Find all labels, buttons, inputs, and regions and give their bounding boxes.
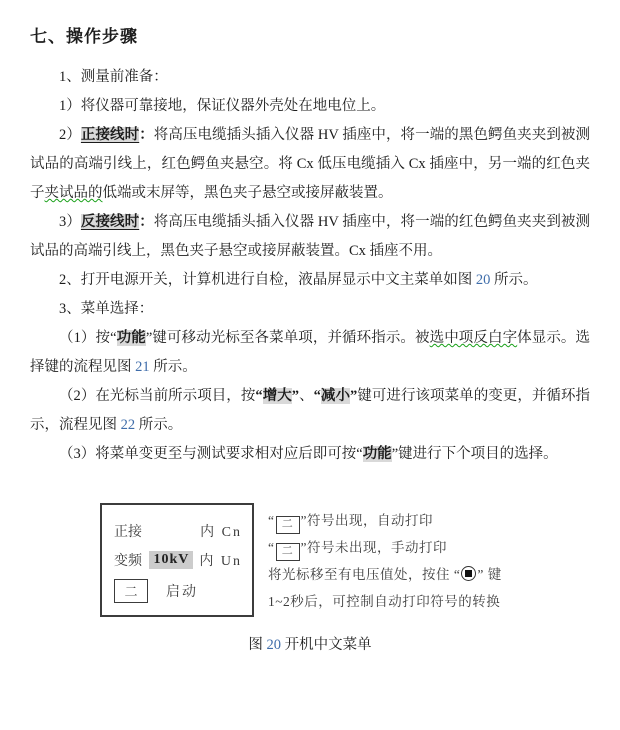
figure-caption: 图 20 开机中文菜单 bbox=[30, 633, 590, 654]
note-manual-print: “二”符号未出现，手动打印 bbox=[268, 534, 502, 561]
lcd-row-voltage: 变频 10kV 内 Un bbox=[114, 550, 242, 570]
lcd-row-start: 二 启动 bbox=[114, 579, 242, 603]
print-symbol-icon: 二 bbox=[276, 516, 300, 534]
print-symbol-icon: 二 bbox=[276, 543, 300, 561]
note-hold-key-text-after: ” 键 bbox=[477, 567, 501, 582]
figure-annotations: “二”符号出现，自动打印 “二”符号未出现，手动打印 将光标移至有电压值处，按住… bbox=[268, 503, 502, 615]
lcd-voltage-value: 10kV bbox=[149, 551, 193, 569]
note-hold-key-text-before: 将光标移至有电压值处，按住 “ bbox=[268, 567, 460, 582]
note-toggle-duration: 1~2秒后，可控制自动打印符号的转换 bbox=[268, 588, 502, 615]
paragraph-measure-prep: 1、测量前准备： bbox=[30, 63, 590, 92]
open-quote: “ bbox=[268, 540, 275, 555]
note-auto-print-text: 符号出现，自动打印 bbox=[307, 513, 433, 528]
note-manual-print-text: 符号未出现，手动打印 bbox=[307, 540, 447, 555]
document-page: 七、操作步骤 1、测量前准备： 1）将仪器可靠接地，保证仪器外壳处在地电位上。 … bbox=[0, 0, 620, 654]
lcd-cn-label: 内 Cn bbox=[200, 521, 242, 541]
note-auto-print: “二”符号出现，自动打印 bbox=[268, 507, 502, 534]
lcd-start-label: 启动 bbox=[166, 581, 198, 601]
lcd-freq-label: 变频 bbox=[114, 550, 149, 570]
caption-number: 20 bbox=[267, 637, 282, 653]
paragraph-menu-select: 3、菜单选择： bbox=[30, 295, 590, 324]
paragraph-power-on: 2、打开电源开关，计算机进行自检，液晶屏显示中文主菜单如图 20 所示。 bbox=[30, 266, 590, 295]
paragraph-grounding: 1）将仪器可靠接地，保证仪器外壳处在地电位上。 bbox=[30, 92, 590, 121]
caption-text: 开机中文菜单 bbox=[281, 637, 372, 653]
figure-main-menu: 正接 内 Cn 变频 10kV 内 Un 二 启动 “二”符号出现，自动打印 “… bbox=[100, 503, 590, 617]
paragraph-next-item: （3）将菜单变更至与测试要求相对应后即可按“功能”键进行下个项目的选择。 bbox=[30, 440, 590, 469]
open-quote: “ bbox=[268, 513, 275, 528]
lcd-mode-label: 正接 bbox=[114, 521, 158, 541]
record-key-icon bbox=[461, 566, 476, 581]
paragraph-forward-wiring: 2）正接线时：将高压电缆插头插入仪器 HV 插座中，将一端的黑色鳄鱼夹夹到被测试… bbox=[30, 121, 590, 208]
paragraph-function-key: （1）按“功能”键可移动光标至各菜单项，并循环指示。被选中项反白字体显示。选择键… bbox=[30, 324, 590, 382]
section-title: 七、操作步骤 bbox=[30, 22, 590, 47]
lcd-un-label: 内 Un bbox=[199, 550, 242, 570]
paragraph-reverse-wiring: 3）反接线时：将高压电缆插头插入仪器 HV 插座中，将一端的红色鳄鱼夹夹到被测试… bbox=[30, 208, 590, 266]
print-symbol-icon: 二 bbox=[114, 579, 148, 603]
caption-label: 图 bbox=[248, 637, 266, 653]
paragraph-increase-decrease-keys: （2）在光标当前所示项目，按“增大”、“减小”键可进行该项菜单的变更，并循环指示… bbox=[30, 382, 590, 440]
lcd-row-mode: 正接 内 Cn bbox=[114, 521, 242, 541]
note-hold-key: 将光标移至有电压值处，按住 “” 键 bbox=[268, 561, 502, 588]
lcd-menu-screen: 正接 内 Cn 变频 10kV 内 Un 二 启动 bbox=[100, 503, 254, 617]
